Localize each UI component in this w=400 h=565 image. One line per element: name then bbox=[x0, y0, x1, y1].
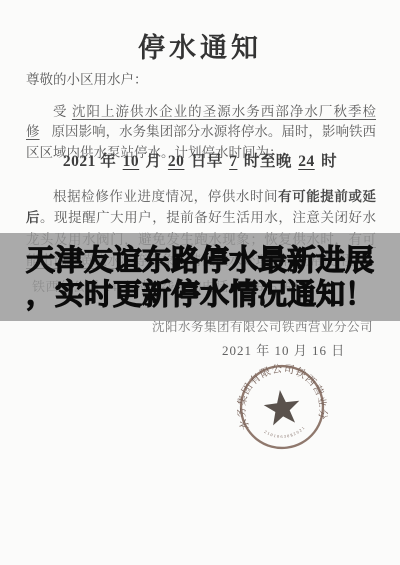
notice-document: 停水通知 尊敬的小区用水户： 受 沈阳上游供水企业的圣源水务西部净水厂秋季检修原… bbox=[0, 0, 400, 565]
para1-prefix: 受 bbox=[53, 104, 72, 119]
seal-star-icon bbox=[262, 388, 302, 426]
salutation-line: 尊敬的小区用水户： bbox=[26, 68, 148, 88]
issue-date: 2021 年 10 月 16 日 bbox=[222, 340, 345, 359]
overlay-caption-line1: 天津友谊东路停水最新进展 bbox=[26, 243, 374, 277]
outage-seg: 时 bbox=[317, 153, 337, 170]
outage-seg: 2021 年 bbox=[63, 153, 121, 170]
outage-seg: 月 bbox=[141, 153, 166, 170]
outage-seg: 日早 bbox=[186, 153, 227, 170]
outage-seg-month: 10 bbox=[121, 153, 142, 170]
seal-serial-number: 2101063082021 bbox=[263, 424, 307, 441]
outage-seg-start-hour: 7 bbox=[227, 153, 239, 170]
official-seal: 沈阳水务集团有限公司铁西营业分公司 2101063082021 bbox=[232, 356, 333, 458]
para2-seg: 根据检修作业进度情况，停供水时间 bbox=[53, 189, 278, 204]
notice-title: 停水通知 bbox=[0, 26, 400, 65]
svg-text:2101063082021: 2101063082021 bbox=[263, 424, 307, 441]
outage-seg-end-hour: 24 bbox=[296, 153, 317, 170]
outage-seg-day: 20 bbox=[166, 153, 187, 170]
overlay-caption-banner: 天津友谊东路停水最新进展 ，实时更新停水情况通知！ bbox=[0, 233, 400, 321]
overlay-caption-line2: ，实时更新停水情况通知！ bbox=[26, 277, 374, 311]
outage-seg: 时至晚 bbox=[239, 153, 296, 170]
outage-time-line: 2021 年 10 月 20 日早 7 时至晚 24 时 bbox=[0, 149, 400, 171]
